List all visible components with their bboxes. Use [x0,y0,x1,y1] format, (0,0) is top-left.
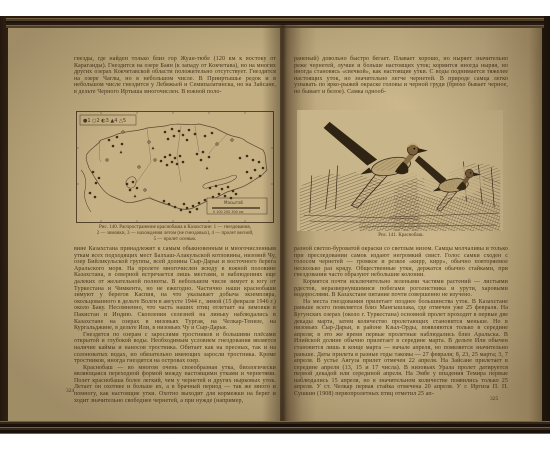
right-page-intro: раненый) довольно быстро бегает. Плавает… [294,56,508,96]
distribution-map-svg: ●1 ○2 ◐3 ▲4 △5 Масштаб 0 100 200 300 км [77,112,273,222]
map-rivers [99,126,227,206]
distribution-map-figure: ●1 ○2 ◐3 ▲4 △5 Масштаб 0 100 200 300 км [76,111,274,223]
duck-figure-caption: Рис. 141. Краснобаш. [294,233,508,239]
map-scale-title: Масштаб [224,200,244,205]
map-scale-ticks: 0 100 200 300 км [213,210,244,214]
right-page-paragraph-1: разной светло-буроватой окраски со светл… [294,246,508,279]
map-legend: ●1 ○2 ◐3 ▲4 △5 [80,115,136,125]
right-page-paragraph-3: На места гнездования прилетает позднее б… [294,299,508,398]
left-page-number: 324 [66,388,74,394]
map-scale: Масштаб 0 100 200 300 км [207,198,267,214]
photo-background: гнезды, где найден только близ гор Жуан-… [0,0,550,450]
map-caption-line2: 2 — зимовки, 3 — нахождения летом (не гн… [76,231,274,237]
ducks-illustration [297,110,503,231]
right-page-number: 325 [490,396,498,402]
left-page-body: вине Казахстана принадлежит к самым обык… [74,246,276,404]
ducks-illustration-svg [297,110,503,231]
left-page-paragraph-3: Краснобаш — во многом очень своеобразная… [74,365,276,405]
left-page-intro-text: гнезды, где найден только близ гор Жуан-… [74,56,276,96]
left-page-paragraph-1: вине Казахстана принадлежит к самым обык… [74,246,276,332]
right-page: раненый) довольно быстро бегает. Плавает… [280,28,542,422]
right-page-paragraph-2: Кормятся почти исключительно зелеными ча… [294,279,508,299]
map-legend-text: ●1 ○2 ◐3 ▲4 △5 [83,118,126,124]
left-page: гнезды, где найден только близ гор Жуан-… [8,28,280,422]
left-page-paragraph-2: Гнездятся по озерам с зарослями тростник… [74,332,276,365]
map-caption-line3: 5 — пролет осенью. [76,237,274,243]
book-bottom-edge [0,421,550,434]
right-page-intro-text: раненый) довольно быстро бегает. Плавает… [294,56,508,96]
right-page-body: разной светло-буроватой окраски со светл… [294,246,508,398]
left-page-intro: гнезды, где найден только близ гор Жуан-… [74,56,276,96]
map-caption: Рис. 140. Распространение краснобаша в К… [76,225,274,243]
book: гнезды, где найден только близ гор Жуан-… [0,16,550,434]
